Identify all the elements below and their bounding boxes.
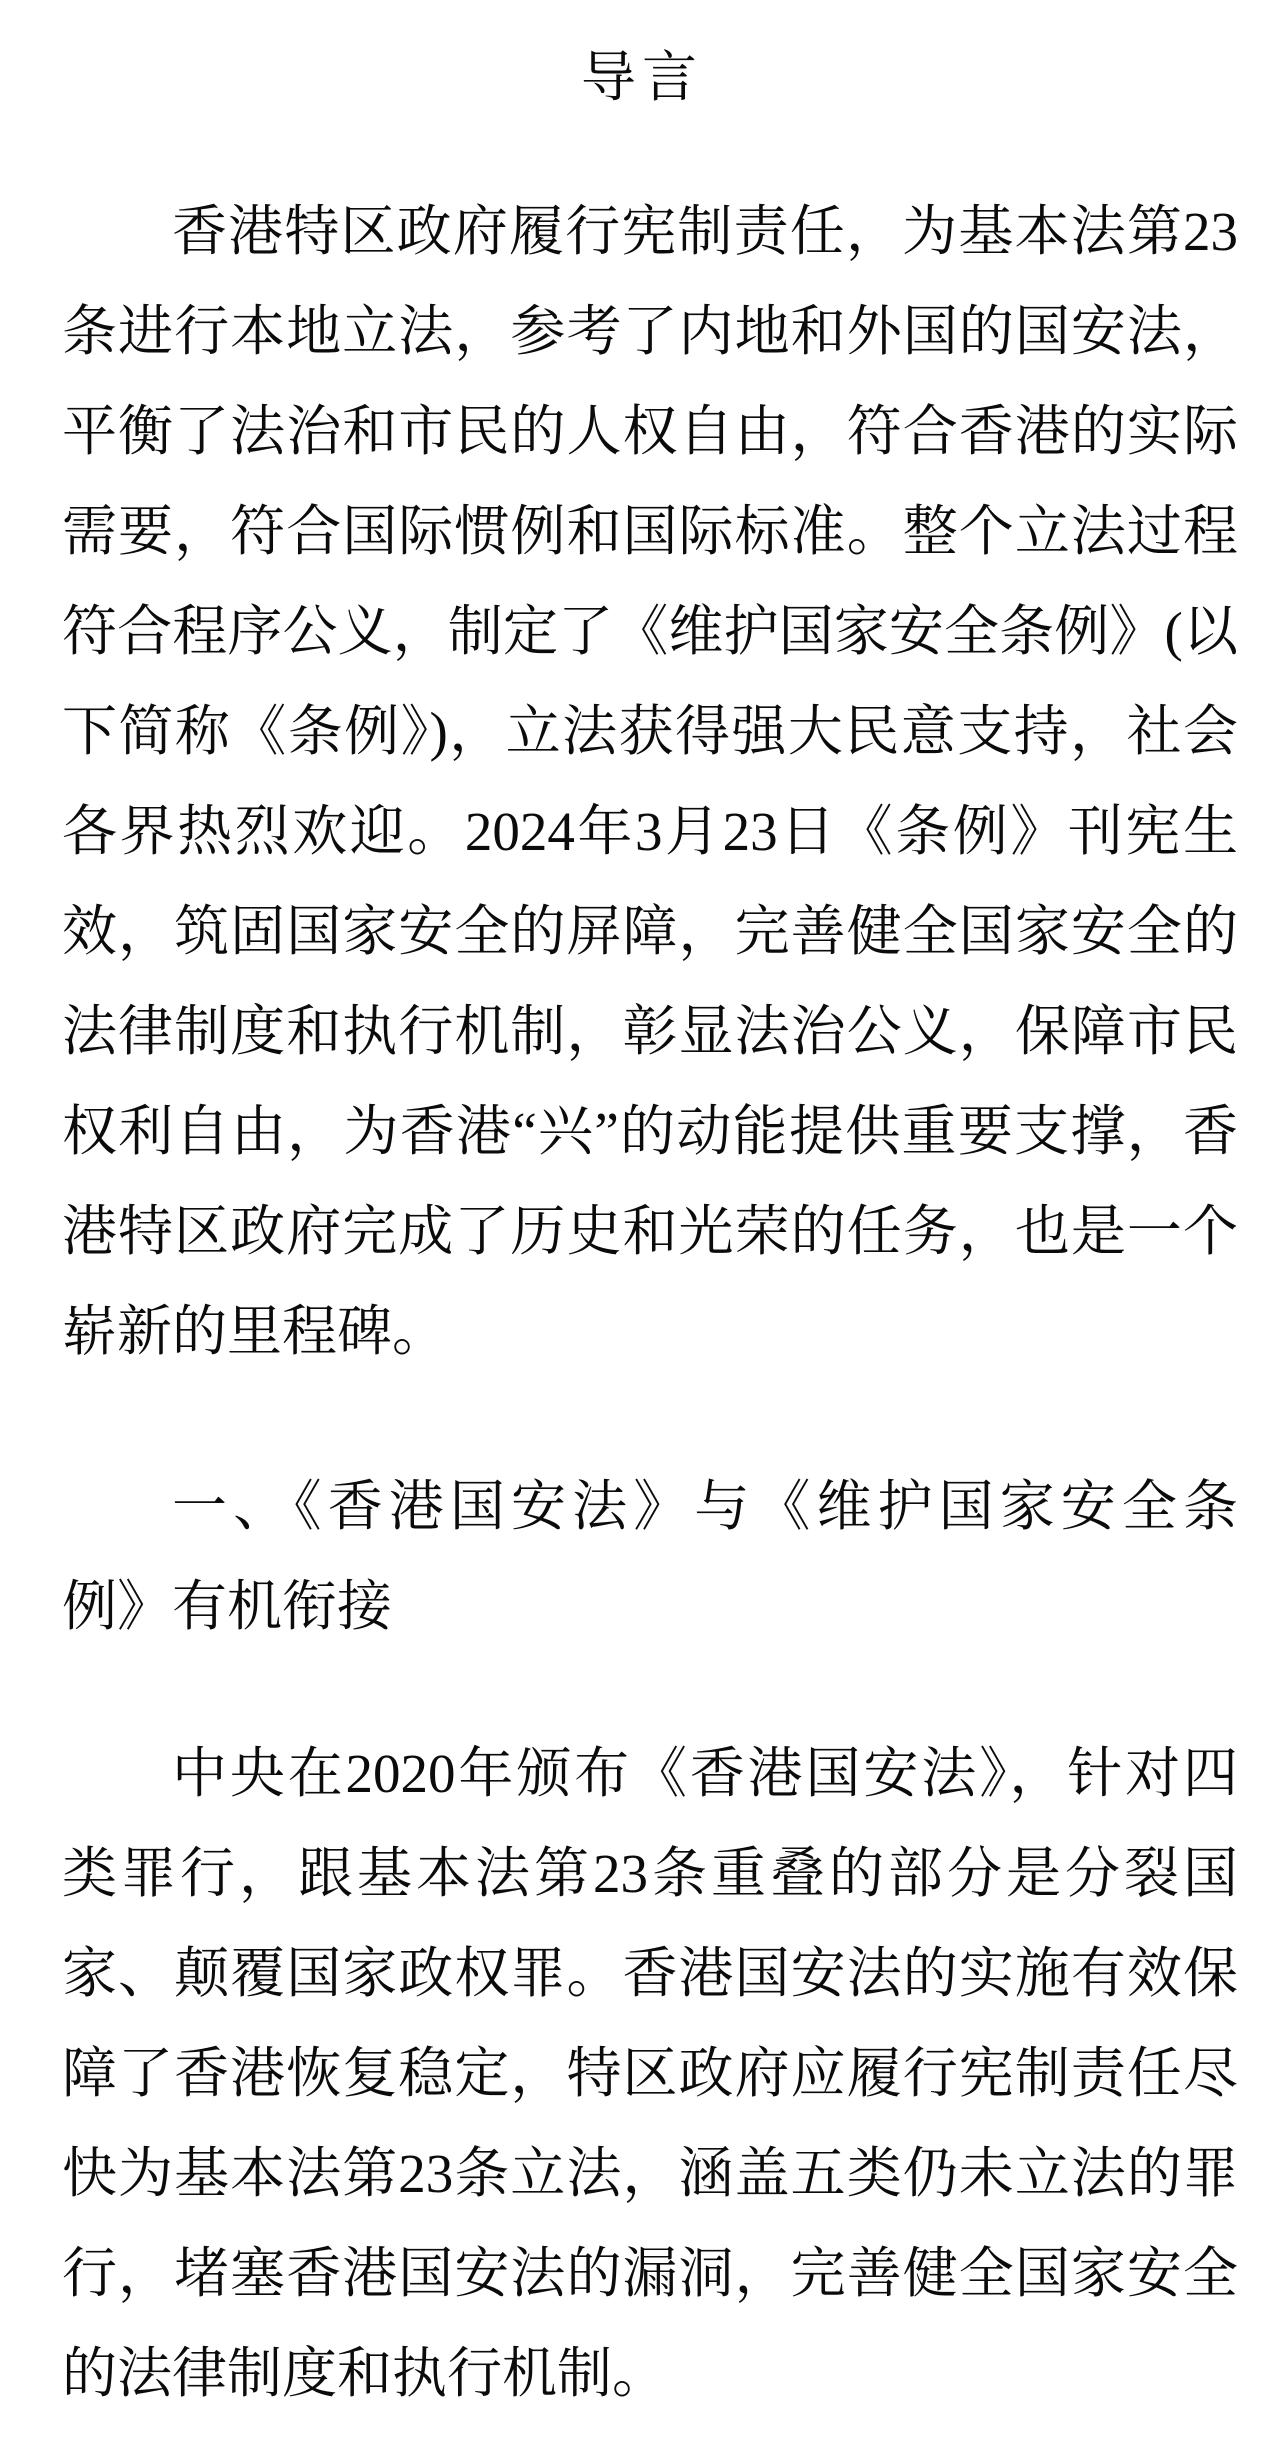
paragraph-line: 下简称《条例》)，立法获得强大民意支持，社会 xyxy=(62,682,1238,782)
paragraph-line: 权利自由，为香港“兴”的动能提供重要支撑，香 xyxy=(62,1082,1238,1182)
heading-line: 例》有机衔接 xyxy=(62,1557,1238,1657)
paragraph-line: 法律制度和执行机制，彰显法治公义，保障市民 xyxy=(62,982,1238,1082)
paragraph-line: 家、颠覆国家政权罪。香港国安法的实施有效保 xyxy=(62,1924,1238,2024)
paragraph-line: 中央在2020年颁布《香港国安法》，针对四 xyxy=(62,1724,1238,1824)
paragraph-section-one: 中央在2020年颁布《香港国安法》，针对四 类罪行，跟基本法第23条重叠的部分是… xyxy=(62,1724,1238,2424)
paragraph-line: 的法律制度和执行机制。 xyxy=(62,2324,1238,2424)
paragraph-line: 效，筑固国家安全的屏障，完善健全国家安全的 xyxy=(62,882,1238,982)
paragraph-intro: 香港特区政府履行宪制责任，为基本法第23 条进行本地立法，参考了内地和外国的国安… xyxy=(62,182,1238,1382)
paragraph-line: 行，堵塞香港国安法的漏洞，完善健全国家安全 xyxy=(62,2224,1238,2324)
paragraph-line: 障了香港恢复稳定，特区政府应履行宪制责任尽 xyxy=(62,2024,1238,2124)
paragraph-line: 符合程序公义，制定了《维护国家安全条例》(以 xyxy=(62,582,1238,682)
document-page: 导言 香港特区政府履行宪制责任，为基本法第23 条进行本地立法，参考了内地和外国… xyxy=(0,0,1284,2442)
paragraph-line: 快为基本法第23条立法，涵盖五类仍未立法的罪 xyxy=(62,2124,1238,2224)
paragraph-line: 类罪行，跟基本法第23条重叠的部分是分裂国 xyxy=(62,1824,1238,1924)
section-heading: 一、《香港国安法》与《维护国家安全条 例》有机衔接 xyxy=(62,1457,1238,1657)
paragraph-line: 平衡了法治和市民的人权自由，符合香港的实际 xyxy=(62,382,1238,482)
paragraph-line: 各界热烈欢迎。2024年3月23日《条例》刊宪生 xyxy=(62,782,1238,882)
paragraph-line: 香港特区政府履行宪制责任，为基本法第23 xyxy=(62,182,1238,282)
paragraph-line: 条进行本地立法，参考了内地和外国的国安法， xyxy=(62,282,1238,382)
heading-line: 一、《香港国安法》与《维护国家安全条 xyxy=(62,1457,1238,1557)
paragraph-line: 需要，符合国际惯例和国际标准。整个立法过程 xyxy=(62,482,1238,582)
paragraph-line: 港特区政府完成了历史和光荣的任务，也是一个 xyxy=(62,1182,1238,1282)
paragraph-line: 崭新的里程碑。 xyxy=(62,1282,1238,1382)
document-title: 导言 xyxy=(0,28,1284,128)
